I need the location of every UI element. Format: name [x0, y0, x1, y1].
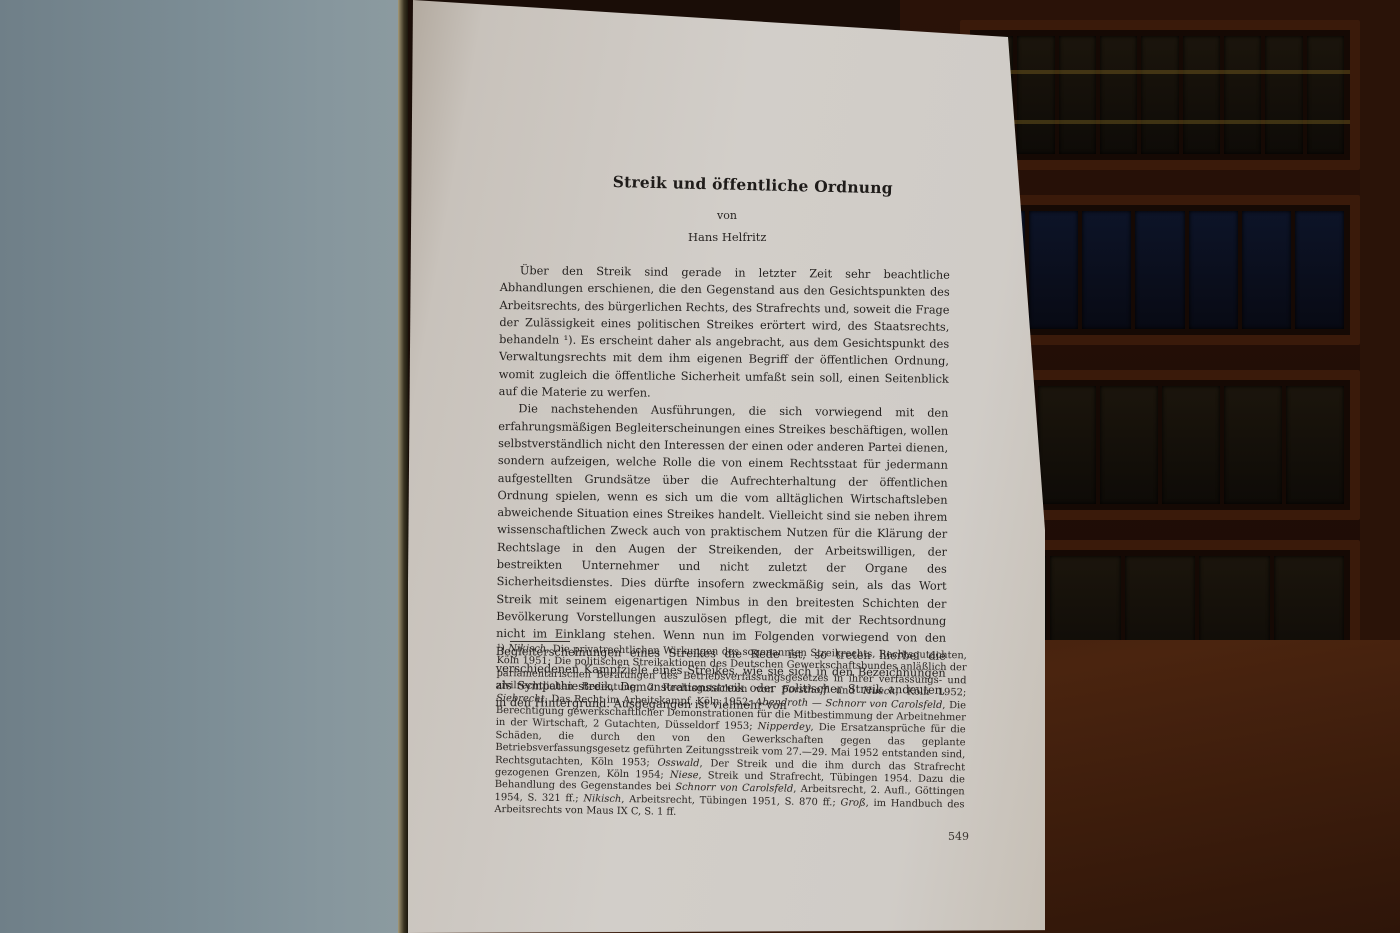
byline-prefix: von — [717, 209, 737, 222]
cover-edge — [398, 0, 408, 933]
footnote-author: Schnorr von Carolsfeld — [675, 782, 793, 795]
page-number: 549 — [948, 830, 969, 843]
footnote-author: Groß — [840, 797, 865, 808]
booklet-cover — [0, 0, 405, 933]
footnote-segment: , Köln 1952; — [895, 686, 966, 698]
footnote-author: Nipperdey — [758, 722, 811, 734]
footnote-author: Siebrecht — [496, 693, 545, 705]
shelf-column — [1360, 0, 1400, 680]
photo-scene: Streik und öffentliche Ordnung von Hans … — [0, 0, 1400, 933]
footnote-author: Osswald — [657, 757, 699, 769]
footnote-author: Nikisch — [508, 643, 546, 655]
footnote: ¹) Nikisch, Die privatrechtlichen Wirkun… — [494, 643, 967, 824]
footnote-author: Forsthoff — [782, 685, 827, 697]
shelf-row — [960, 20, 1360, 170]
footnote-author: Hueck — [863, 686, 896, 698]
footnote-marker: ¹) — [497, 643, 505, 654]
footnote-author: Nikisch — [583, 793, 621, 805]
footnote-text: Nikisch, Die privatrechtlichen Wirkungen… — [494, 643, 967, 818]
footnote-segment: und — [827, 685, 863, 697]
footnote-author: Abendroth — Schnorr von Carolsfeld — [755, 697, 942, 711]
article-author: Hans Helfritz — [688, 230, 766, 244]
footnote-rule — [510, 641, 570, 642]
footnote-author: Niese — [670, 770, 699, 781]
paragraph: Über den Streik sind gerade in letzter Z… — [499, 262, 950, 405]
